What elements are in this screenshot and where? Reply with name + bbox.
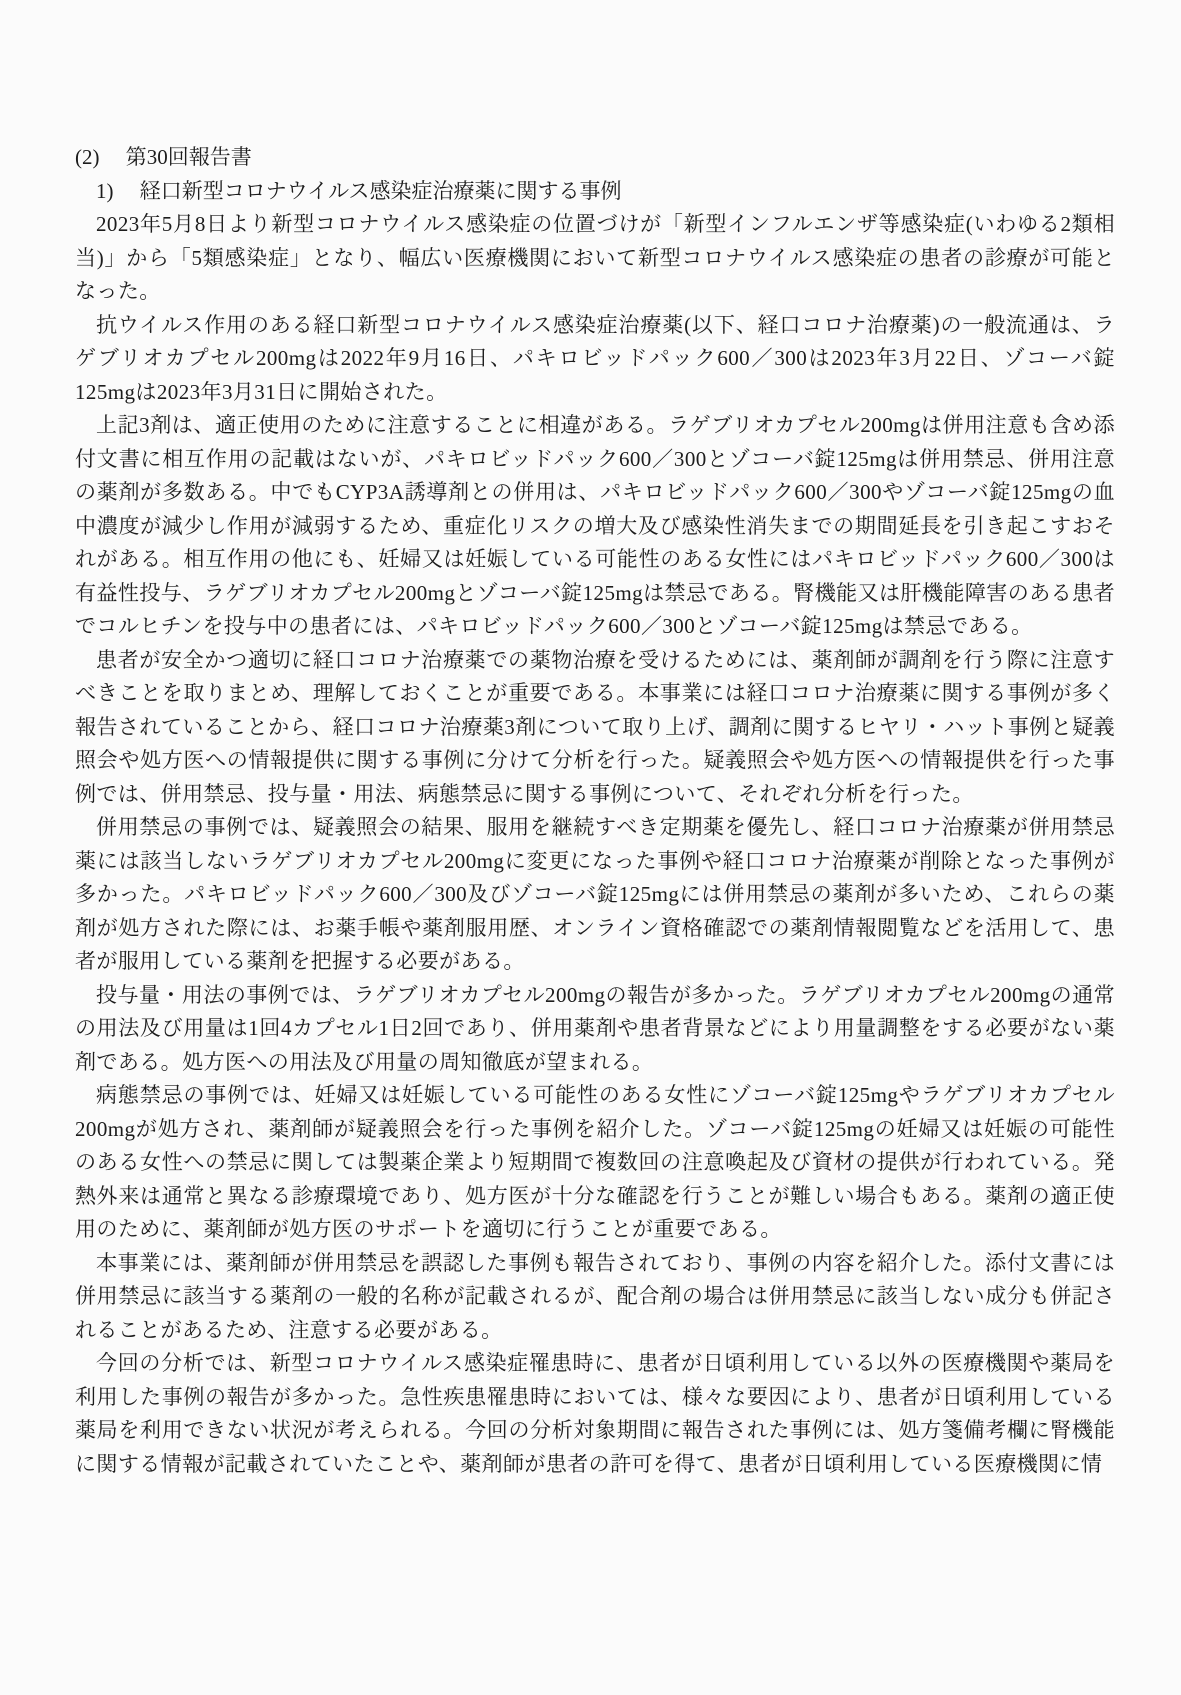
paragraph-three-drugs-interactions: 上記3剤は、適正使用のために注意することに相違がある。ラゲブリオカプセル200m… <box>75 409 1115 644</box>
paragraph-condition-contraindication-cases: 病態禁忌の事例では、妊婦又は妊娠している可能性のある女性にゾコーバ錠125mgや… <box>75 1079 1115 1247</box>
paragraph-drug-distribution-dates: 抗ウイルス作用のある経口新型コロナウイルス感染症治療薬(以下、経口コロナ治療薬)… <box>75 309 1115 410</box>
paragraph-contraindicated-combination-cases: 併用禁忌の事例では、疑義照会の結果、服用を継続すべき定期薬を優先し、経口コロナ治… <box>75 811 1115 979</box>
paragraph-pharmacist-analysis-method: 患者が安全かつ適切に経口コロナ治療薬での薬物治療を受けるためには、薬剤師が調剤を… <box>75 644 1115 812</box>
document-body: (2) 第30回報告書 1) 経口新型コロナウイルス感染症治療薬に関する事例 2… <box>75 141 1115 1481</box>
paragraph-analysis-unfamiliar-pharmacy: 今回の分析では、新型コロナウイルス感染症罹患時に、患者が日頃利用している以外の医… <box>75 1347 1115 1481</box>
paragraph-misidentified-contraindication: 本事業には、薬剤師が併用禁忌を誤認した事例も報告されており、事例の内容を紹介した… <box>75 1247 1115 1348</box>
report-page: (2) 第30回報告書 1) 経口新型コロナウイルス感染症治療薬に関する事例 2… <box>0 0 1181 1695</box>
paragraph-covid-reclassification: 2023年5月8日より新型コロナウイルス感染症の位置づけが「新型インフルエンザ等… <box>75 208 1115 309</box>
paragraph-dosage-usage-cases: 投与量・用法の事例では、ラゲブリオカプセル200mgの報告が多かった。ラゲブリオ… <box>75 979 1115 1080</box>
section-heading: (2) 第30回報告書 <box>75 141 1115 175</box>
subsection-heading: 1) 経口新型コロナウイルス感染症治療薬に関する事例 <box>75 175 1115 209</box>
